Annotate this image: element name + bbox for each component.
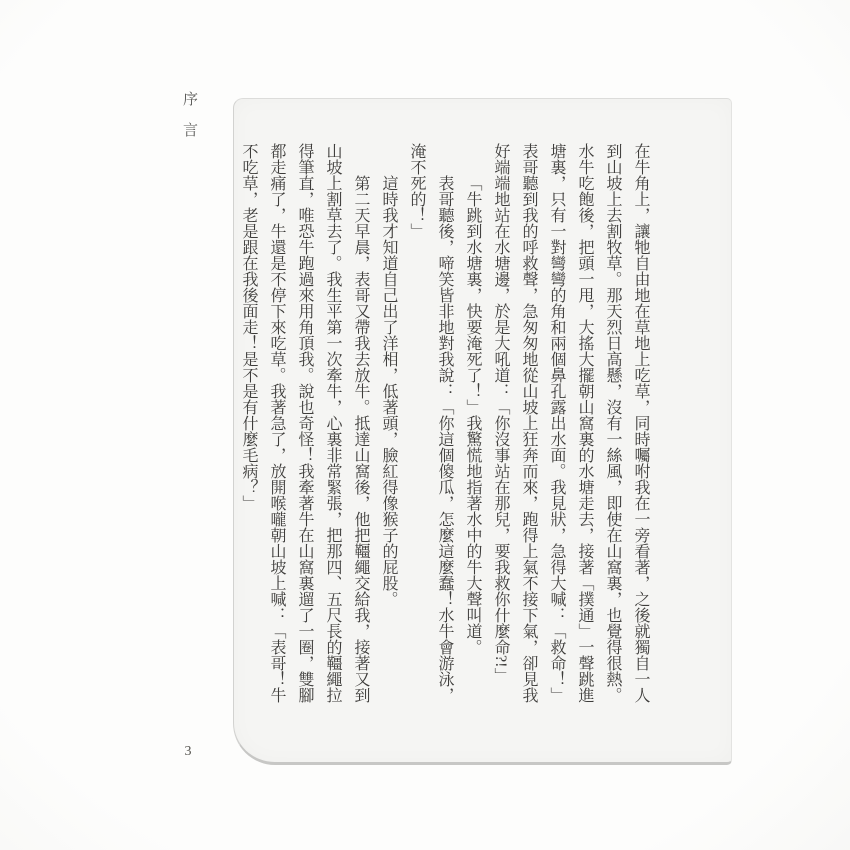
paragraph: 這時我才知道自己出了洋相，低著頭，臉紅得像猴子的屁股。 — [374, 143, 402, 707]
paragraph: 表哥聽後，啼笑皆非地對我說：「你這個傻瓜，怎麼這麼蠢！水牛會游泳，淹不死的！」 — [402, 143, 458, 707]
book-page: 在牛角上，讓牠自由地在草地上吃草，同時囑咐我在一旁看著，之後就獨自一人到山坡上去… — [233, 98, 732, 765]
page-text-block: 在牛角上，讓牠自由地在草地上吃草，同時囑咐我在一旁看著，之後就獨自一人到山坡上去… — [234, 143, 654, 707]
paragraph: 「牛跳到水塘裏，快要淹死了！」我驚慌地指著水中的牛大聲叫道。 — [458, 143, 486, 707]
paragraph: 第二天早晨，表哥又帶我去放牛。抵達山窩後，他把韁繩交給我，接著又到山坡上割草去了… — [234, 143, 374, 707]
paragraph: 在牛角上，讓牠自由地在草地上吃草，同時囑咐我在一旁看著，之後就獨自一人到山坡上去… — [486, 143, 654, 707]
book-spread-background: { "margin": { "chapter_label": "序言", "pa… — [0, 0, 850, 850]
page-number: 3 — [179, 744, 197, 760]
margin-chapter-label: 序言 — [179, 91, 200, 153]
